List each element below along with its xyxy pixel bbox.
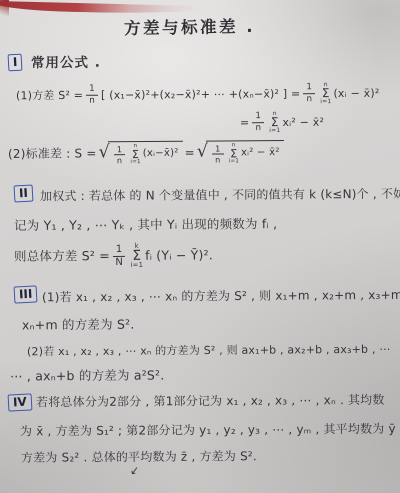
note-line: 记为 Y₁ , Y₂ , ⋯ Yₖ , 其中 Yᵢ 出现的频数为 fᵢ , (14, 216, 277, 233)
math-text: (xᵢ − x̄)² (333, 86, 379, 100)
fraction-numerator: 1 (86, 85, 98, 96)
math-text: xₙ+m 的方差为 S². (22, 317, 135, 333)
math-text: 为 x̄ , 方差为 S₁² ; 第2部分记为 y₁ , y₂ , y₃ , ⋯… (20, 422, 400, 440)
math-text: 若将总体分为2部分 , 第1部分记为 x₁ , x₂ , x₃ , ⋯ , xₙ… (36, 393, 385, 410)
note-line: 加权式 : 若总体 的 N 个变量值中 , 不同的值共有 k (k≤N)个 , … (40, 187, 400, 205)
sum-lower-limit: i=1 (320, 99, 331, 105)
math-text: ⋯ , axₙ+b 的方差为 a²S². (10, 367, 165, 384)
radicand: 1nnΣi=1(xᵢ−x̄)² (108, 141, 183, 166)
note-line: 则总体方差 S² = 1NkΣi=1 fᵢ (Yᵢ − Ȳ)². (14, 242, 213, 270)
fraction-denominator: n (306, 94, 312, 104)
fraction-denominator: n (215, 155, 220, 164)
fraction-numerator: 1 (113, 244, 126, 256)
math-text: 加权式 : 若总体 的 N 个变量值中 , 不同的值共有 k (k≤N)个 , … (40, 187, 400, 205)
summation-symbol: nΣi=1 (269, 111, 280, 134)
sum-lower-limit: i=1 (229, 159, 239, 165)
note-line: 若将总体分为2部分 , 第1部分记为 x₁ , x₂ , x₃ , ⋯ , xₙ… (36, 393, 385, 410)
section-numeral-I: I (8, 54, 23, 72)
sum-lower-limit: i=1 (130, 262, 143, 269)
fraction-numerator: 1 (303, 83, 315, 94)
math-text: fᵢ (Yᵢ − Ȳ)². (145, 248, 213, 264)
math-text: [ (x₁−x̄)²+(x₂−x̄)²+ ⋯ +(xₙ−x̄)² ] = (101, 87, 301, 102)
math-text: xᵢ² − x̄² (241, 147, 280, 160)
section-numeral-III: III (14, 285, 38, 303)
note-line: 常用公式 . (31, 55, 101, 72)
fraction-numerator: 1 (252, 112, 264, 123)
math-text: 记为 Y₁ , Y₂ , ⋯ Yₖ , 其中 Yᵢ 出现的频数为 fᵢ , (14, 216, 277, 233)
radicand: 1nnΣi=1xᵢ² − x̄² (206, 140, 284, 165)
square-root: √1nnΣi=1xᵢ² − x̄² (197, 140, 284, 165)
fraction-denominator: N (115, 256, 123, 267)
note-line: = 1nnΣi=1 xᵢ² − x̄² (240, 111, 324, 135)
note-title: 方差与标准差 . (124, 13, 255, 39)
math-text: 方差为 S₂² . 总体的平均数为 z̄ , 方差为 S². (21, 449, 257, 466)
summation-symbol: nΣi=1 (228, 143, 239, 164)
math-fraction: 1n (86, 85, 98, 106)
note-line: 方差为 S₂² . 总体的平均数为 z̄ , 方差为 S². (21, 449, 257, 466)
fraction-denominator: n (255, 123, 261, 133)
section-numeral-IV: IV (8, 393, 33, 411)
fraction-numerator: 1 (212, 144, 223, 154)
math-fraction: 1n (303, 83, 315, 104)
math-text: = (184, 145, 194, 160)
sum-lower-limit: i=1 (269, 128, 280, 134)
note-line: (2)标准差 : S = √1nnΣi=1(xᵢ−x̄)² = √1nnΣi=1… (8, 140, 286, 166)
math-text: (2)标准差 : S = (8, 146, 97, 162)
fraction-denominator: n (117, 155, 122, 164)
sum-lower-limit: i=1 (130, 160, 140, 166)
fraction-numerator: 1 (114, 145, 125, 155)
photo-of-handwritten-notes: 方差与标准差 . I常用公式 .(1)方差 S² = 1n[ (x₁−x̄)²+… (0, 0, 400, 493)
math-text: xᵢ² − x̄² (282, 115, 324, 129)
note-line: ⋯ , axₙ+b 的方差为 a²S². (10, 367, 165, 384)
math-text: (2)若 x₁ , x₂ , x₃ , ⋯ xₙ 的方差为 S² , 则 ax₁… (27, 343, 391, 359)
red-background-corner (0, 0, 9, 16)
square-root: √1nnΣi=1(xᵢ−x̄)² (98, 141, 182, 166)
math-text: 则总体方差 S² = (14, 248, 110, 264)
math-fraction: 1n (252, 112, 264, 133)
note-line: (1)若 x₁ , x₂ , x₃ , ⋯ xₙ 的方差为 S² , 则 x₁+… (42, 288, 400, 306)
math-text: (1)方差 S² = (16, 88, 83, 102)
math-text: 常用公式 . (31, 55, 101, 72)
summation-symbol: nΣi=1 (320, 82, 331, 105)
summation-symbol: kΣi=1 (130, 243, 143, 269)
note-line: 为 x̄ , 方差为 S₁² ; 第2部分记为 y₁ , y₂ , y₃ , ⋯… (20, 422, 400, 440)
math-fraction: 1N (113, 244, 126, 267)
math-fraction: 1n (212, 144, 224, 163)
math-text: (1)若 x₁ , x₂ , x₃ , ⋯ xₙ 的方差为 S² , 则 x₁+… (42, 288, 400, 306)
math-text: = (240, 116, 250, 130)
down-left-arrow-mark: ↙ (129, 463, 140, 477)
math-text: (xᵢ−x̄)² (143, 148, 179, 161)
note-line: (2)若 x₁ , x₂ , x₃ , ⋯ xₙ 的方差为 S² , 则 ax₁… (27, 343, 391, 359)
section-numeral-II: II (14, 185, 34, 203)
note-line: xₙ+m 的方差为 S². (22, 317, 135, 333)
summation-symbol: nΣi=1 (130, 144, 141, 165)
math-fraction: 1n (114, 145, 126, 164)
note-line: (1)方差 S² = 1n[ (x₁−x̄)²+(x₂−x̄)²+ ⋯ +(xₙ… (16, 82, 380, 108)
fraction-denominator: n (89, 96, 95, 106)
